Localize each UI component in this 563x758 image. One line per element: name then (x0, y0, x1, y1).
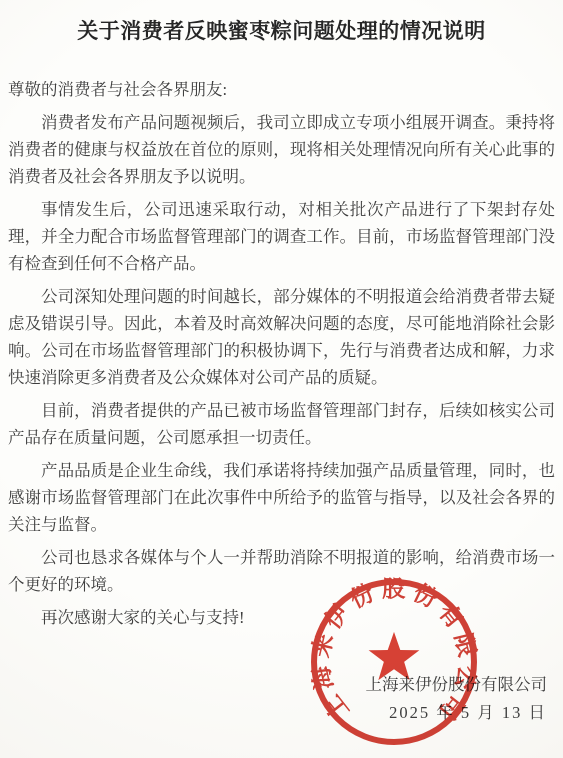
paragraph-quality-commitment: 产品品质是企业生命线，我们承诺将持续加强产品质量管理，同时，也感谢市场监督管理部… (8, 457, 555, 538)
signature-block: 上海来伊份股份有限公司 2025 年 5 月 13 日 (366, 671, 548, 727)
statement-document: 关于消费者反映蜜枣粽问题处理的情况说明 尊敬的消费者与社会各界朋友: 消费者发布… (0, 0, 563, 758)
paragraph-media-response: 公司深知处理问题的时间越长，部分媒体的不明报道会给消费者带去疑虑及错误引导。因此… (8, 283, 555, 391)
signature-company-name: 上海来伊份股份有限公司 (366, 671, 548, 699)
salutation: 尊敬的消费者与社会各界朋友: (8, 76, 555, 103)
document-body: 关于消费者反映蜜枣粽问题处理的情况说明 尊敬的消费者与社会各界朋友: 消费者发布… (8, 0, 555, 637)
paragraph-appeal-to-media: 公司也恳求各媒体与个人一并帮助消除不明报道的影响，给消费市场一个更好的环境。 (8, 544, 555, 598)
paragraph-thanks: 再次感谢大家的关心与支持! (8, 604, 555, 631)
paragraph-responsibility: 目前，消费者提供的产品已被市场监督管理部门封存，后续如核实公司产品存在质量问题，… (8, 397, 555, 451)
paragraph-investigation: 消费者发布产品问题视频后，我司立即成立专项小组展开调查。秉持将消费者的健康与权益… (8, 109, 555, 190)
document-title: 关于消费者反映蜜枣粽问题处理的情况说明 (8, 16, 555, 46)
signature-date: 2025 年 5 月 13 日 (366, 699, 548, 727)
paragraph-product-recall: 事情发生后，公司迅速采取行动，对相关批次产品进行了下架封存处理，并全力配合市场监… (8, 196, 555, 277)
